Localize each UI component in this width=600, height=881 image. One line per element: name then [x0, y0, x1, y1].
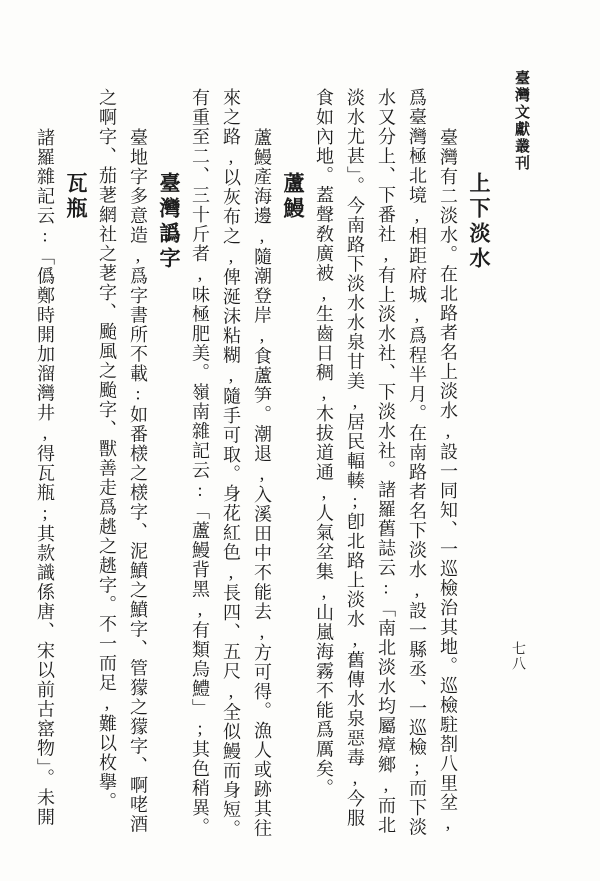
section-title: 臺灣譌字 — [154, 172, 184, 272]
text-column: 有重至二、三十斤者,味極肥美。嶺南雜記云:「蘆鰻背黑,有類烏鱧」;其色稍異。 — [185, 88, 215, 837]
book-page: 臺灣文獻叢刊 七八 上下淡水臺灣有二淡水。在北路者名上淡水,設一同知、一巡檢治其… — [0, 0, 600, 881]
section-title: 蘆鰻 — [278, 172, 308, 222]
text-column: 臺灣有二淡水。在北路者名上淡水,設一同知、一巡檢治其地。巡檢駐剳八里坌, — [433, 128, 463, 834]
text-column: 之啊字、茄荖網社之荖字、颱風之颱字、獸善走爲趒之趒字。不一而足,難以枚擧。 — [92, 88, 122, 812]
page-number: 七八 — [504, 641, 530, 671]
text-column: 來之路,以灰布之,俾涎沫粘糊,隨手可取。身花紅色,長四、五尺,全似鰻而身短。 — [216, 88, 246, 839]
text-column: 蘆鰻產海邊,隨潮登岸,食蘆笋。潮退,入溪田中不能去,方可得。漁人或跡其往 — [247, 128, 277, 838]
series-running-head: 臺灣文獻叢刊 — [506, 70, 536, 172]
text-column: 爲臺灣極北境,相距府城,爲程半月。在南路者名下淡水,設一縣丞、一巡檢;而下淡 — [402, 88, 432, 837]
text-column: 臺地字多意造,爲字書所不載:如番檨之檨字、泥鱝之鱝字、管獴之獴字、啊咾酒 — [123, 128, 153, 834]
text-column: 食如內地。蓋聲敎廣被,生齒日稠,木拔道通,人氣坌集,山嵐海霧不能爲厲矣。 — [309, 88, 339, 798]
text-column: 水又分上、下番社,有上淡水社、下淡水社。諸羅舊誌云:「南北淡水均屬瘴鄉,而北 — [371, 88, 401, 835]
section-title: 上下淡水 — [464, 172, 494, 272]
text-column: 淡水尤甚」。今南路下淡水水泉甘美,居民輻輳;卽北路上淡水,舊傳水泉惡毒,今服 — [340, 88, 370, 828]
section-title: 瓦瓶 — [61, 172, 91, 222]
text-column: 諸羅雜記云:「僞鄭時開加溜灣井,得瓦瓶;其款識係唐、宋以前古窰物」。未開 — [30, 128, 60, 827]
